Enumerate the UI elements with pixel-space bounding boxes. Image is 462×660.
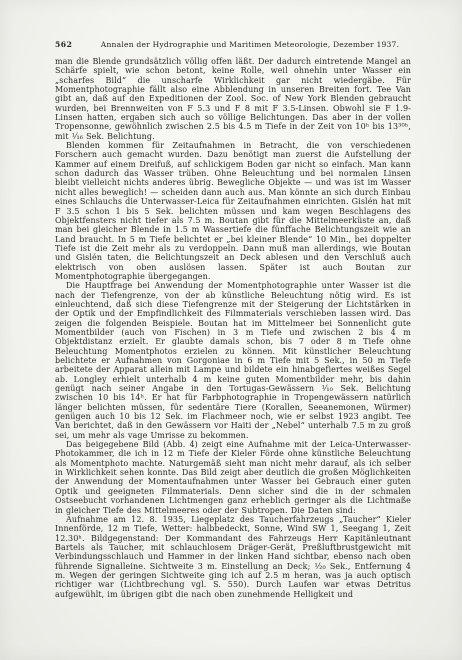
page-number: 562	[55, 40, 72, 49]
scanned-journal-page: 562 Annalen der Hydrographie und Maritim…	[0, 0, 462, 660]
paragraph: Das beigegebene Bild (Abb. 4) zeigt eine…	[55, 440, 411, 515]
paragraph: man die Blende grundsätzlich völlig offe…	[55, 57, 411, 141]
paragraph: Aufnahme am 12. 8. 1935, Liegeplatz des …	[55, 515, 411, 599]
page-header: 562 Annalen der Hydrographie und Maritim…	[55, 40, 410, 52]
paragraph: Die Hauptfrage bei Anwendung der Momentp…	[55, 281, 411, 440]
paragraph: Blenden kommen für Zeitaufnahmen in Betr…	[55, 141, 411, 281]
journal-title: Annalen der Hydrographie und Maritimen M…	[101, 40, 399, 49]
article-text: man die Blende grundsätzlich völlig offe…	[55, 57, 411, 599]
